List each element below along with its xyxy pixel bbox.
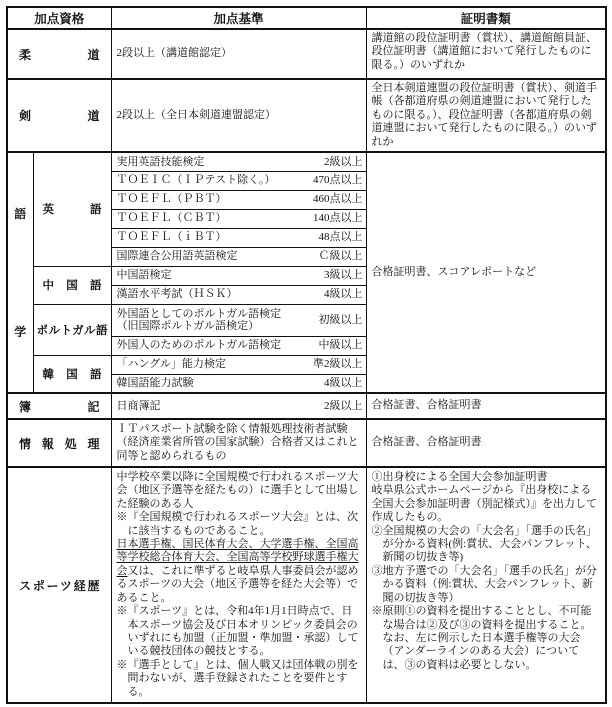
test-level: 470点以上 xyxy=(309,174,363,187)
sports-doc-item2: ②全国規模の大会の「大会名」「選手の氏名」が分かる資料(例:賞状、大会パンフレッ… xyxy=(372,525,602,565)
it-criteria-cell: ＩＴパスポート試験を除く情報処理技術者試験（経済産業省所管の国家試験）合格者又は… xyxy=(111,419,366,467)
test-name: 韓国語能力試験 xyxy=(117,377,194,390)
test-name: ＴＯＥＦＬ（ｉＢＴ） xyxy=(117,231,227,244)
bookkeeping-label-cell: 簿記 xyxy=(7,393,111,419)
test-cell: ＴＯＥＦＬ（ＰＢＴ）460点以上 xyxy=(111,190,366,209)
language-documents: 合格証明書、スコアレポートなど xyxy=(367,264,606,281)
qualification-table: 加点資格 加点基準 証明書類 柔道 2段以上（講道館認定） 講道館の段位証明書（… xyxy=(6,6,607,704)
korean-label-cell: 韓国語 xyxy=(33,355,111,393)
english-label: 英語 xyxy=(34,201,111,217)
test-cell: 外国人のためのポルトガル語検定中級以上 xyxy=(111,336,366,355)
test-level: 4級以上 xyxy=(320,288,363,301)
bookkeeping-documents: 合格証書、合格証明書 xyxy=(367,397,606,414)
test-cell: 実用英語技能検定2級以上 xyxy=(111,152,366,171)
sports-criteria-intro: 中学校卒業以降に全国規模で行われるスポーツ大会（地区予選等を経たもの）に選手とし… xyxy=(117,471,362,511)
portuguese-label: ポルトガル語 xyxy=(34,322,111,338)
test-name: 国際連合公用語英語検定 xyxy=(117,250,238,263)
kendo-label-cell: 剣道 xyxy=(7,79,111,152)
kendo-documents: 全日本剣道連盟の段位証明書（賞状）、剣道手帳（各都道府県の剣道連盟において発行し… xyxy=(367,80,606,151)
it-documents: 合格証書、合格証明書 xyxy=(367,434,606,451)
test-name: ＴＯＥＦＬ（ＣＢＴ） xyxy=(117,212,227,225)
test-name: 中国語検定 xyxy=(117,269,172,282)
test-level: 2級以上 xyxy=(320,400,363,413)
judo-label-cell: 柔道 xyxy=(7,29,111,79)
judo-criteria: 2段以上（講道館認定） xyxy=(112,45,366,62)
judo-label: 柔道 xyxy=(8,46,111,63)
judo-criteria-cell: 2段以上（講道館認定） xyxy=(111,29,366,79)
chinese-label: 中国語 xyxy=(34,277,111,293)
test-name: 外国語としてのポルトガル語検定 （旧国際ポルトガル語検定） xyxy=(117,308,282,333)
bookkeeping-criteria-cell: 日商簿記2級以上 xyxy=(111,393,366,419)
english-label-cell: 英語 xyxy=(33,152,111,266)
sports-doc-item3: ③地方予選での「大会名」「選手の氏名」が分かる資料（例:賞状、大会パンフレット、… xyxy=(372,565,602,605)
table-header-row: 加点資格 加点基準 証明書類 xyxy=(7,7,606,29)
table-row: 剣道 2段以上（全日本剣道連盟認定） 全日本剣道連盟の段位証明書（賞状）、剣道手… xyxy=(7,79,606,152)
it-criteria: ＩＴパスポート試験を除く情報処理技術者試験（経済産業省所管の国家試験）合格者又は… xyxy=(112,421,366,465)
test-level: 460点以上 xyxy=(309,193,363,206)
sports-doc-item1: ①出身校による全国大会参加証明書 xyxy=(372,471,602,484)
sports-criteria-note1: ※『全国規模で行われるスポーツ大会』とは、次に該当するものであること。 xyxy=(117,511,362,538)
test-name: 外国人のためのポルトガル語検定 xyxy=(117,339,282,352)
test-cell: ＴＯＥＦＬ（ｉＢＴ）48点以上 xyxy=(111,228,366,247)
test-level: 中級以上 xyxy=(315,339,363,352)
test-level: 140点以上 xyxy=(309,212,363,225)
test-level: 初級以上 xyxy=(315,314,363,327)
kendo-label: 剣道 xyxy=(8,107,111,124)
test-cell: ＴＯＥＩＣ（ＩＰテスト除く。）470点以上 xyxy=(111,171,366,190)
sports-label-cell: スポーツ経歴 xyxy=(7,467,111,703)
language-section-label-cell: 語 学 xyxy=(7,152,33,393)
test-name: ＴＯＥＦＬ（ＰＢＴ） xyxy=(117,193,227,206)
it-label-cell: 情報処理 xyxy=(7,419,111,467)
test-cell: ＴＯＥＦＬ（ＣＢＴ）140点以上 xyxy=(111,209,366,228)
tournaments-rest: 又は、これに準ずると岐阜県人事委員会が認めるスポーツの大会（地区予選等を経た大会… xyxy=(117,565,359,604)
sports-doc-note: ※原則①の資料を提出することとし、不可能な場合は②及び③の資料を提出すること。な… xyxy=(372,605,602,672)
document-page: 加点資格 加点基準 証明書類 柔道 2段以上（講道館認定） 講道館の段位証明書（… xyxy=(0,0,612,707)
kendo-documents-cell: 全日本剣道連盟の段位証明書（賞状）、剣道手帳（各都道府県の剣道連盟において発行し… xyxy=(366,79,606,152)
test-level: 2級以上 xyxy=(320,156,363,169)
table-row: 柔道 2段以上（講道館認定） 講道館の段位証明書（賞状）、講道館館員証、段位証明… xyxy=(7,29,606,79)
test-cell: 国際連合公用語英語検定Ｃ級以上 xyxy=(111,247,366,266)
it-documents-cell: 合格証書、合格証明書 xyxy=(366,419,606,467)
test-cell: 漢語水平考試（ＨＳＫ）4級以上 xyxy=(111,285,366,304)
sports-doc-item1-detail: 岐阜県公式ホームページから『出身校による全国大会参加証明書（別記様式）』を出力し… xyxy=(372,484,602,524)
chinese-label-cell: 中国語 xyxy=(33,266,111,304)
test-cell: 韓国語能力試験4級以上 xyxy=(111,374,366,393)
sports-documents-cell: ①出身校による全国大会参加証明書 岐阜県公式ホームページから『出身校による全国大… xyxy=(366,467,606,703)
test-level: 4級以上 xyxy=(320,377,363,390)
sports-criteria-cell: 中学校卒業以降に全国規模で行われるスポーツ大会（地区予選等を経たもの）に選手とし… xyxy=(111,467,366,703)
test-level: 3級以上 xyxy=(320,269,363,282)
table-row: スポーツ経歴 中学校卒業以降に全国規模で行われるスポーツ大会（地区予選等を経たも… xyxy=(7,467,606,703)
bookkeeping-documents-cell: 合格証書、合格証明書 xyxy=(366,393,606,419)
language-documents-cell: 合格証明書、スコアレポートなど xyxy=(366,152,606,393)
test-name: 実用英語技能検定 xyxy=(117,156,205,169)
test-name: 漢語水平考試（ＨＳＫ） xyxy=(117,288,238,301)
header-criteria: 加点基準 xyxy=(111,7,366,29)
portuguese-label-cell: ポルトガル語 xyxy=(33,304,111,355)
header-documents: 証明書類 xyxy=(366,7,606,29)
sports-criteria: 中学校卒業以降に全国規模で行われるスポーツ大会（地区予選等を経たもの）に選手とし… xyxy=(112,468,366,701)
test-level: 48点以上 xyxy=(315,231,363,244)
language-section-label: 語 学 xyxy=(8,155,33,391)
test-cell: 「ハングル」能力検定準2級以上 xyxy=(111,355,366,374)
sports-documents: ①出身校による全国大会参加証明書 岐阜県公式ホームページから『出身校による全国大… xyxy=(367,468,606,674)
judo-documents: 講道館の段位証明書（賞状）、講道館館員証、段位証明書（講道館において発行したもの… xyxy=(367,30,606,74)
bookkeeping-label: 簿記 xyxy=(8,398,111,415)
test-level: 準2級以上 xyxy=(309,358,363,371)
test-name: ＴＯＥＩＣ（ＩＰテスト除く。） xyxy=(117,174,276,187)
table-row: 情報処理 ＩＴパスポート試験を除く情報処理技術者試験（経済産業省所管の国家試験）… xyxy=(7,419,606,467)
test-cell: 外国語としてのポルトガル語検定 （旧国際ポルトガル語検定）初級以上 xyxy=(111,304,366,336)
test-level: Ｃ級以上 xyxy=(315,250,363,263)
test-name: 「ハングル」能力検定 xyxy=(117,358,226,371)
korean-label: 韓国語 xyxy=(34,366,111,382)
kendo-criteria: 2段以上（全日本剣道連盟認定） xyxy=(112,107,366,124)
kendo-criteria-cell: 2段以上（全日本剣道連盟認定） xyxy=(111,79,366,152)
sports-label: スポーツ経歴 xyxy=(8,577,111,594)
sports-criteria-note2: ※『スポーツ』とは、令和4年1月1日時点で、日本スポーツ協会及び日本オリンピック… xyxy=(117,605,362,659)
sports-criteria-tournaments: 日本選手権、国民体育大会、大学選手権、全国高等学校総合体育大会、全国高等学校野球… xyxy=(117,538,362,605)
it-label: 情報処理 xyxy=(8,435,111,452)
table-row: 語 学 英語 実用英語技能検定2級以上 合格証明書、スコアレポートなど xyxy=(7,152,606,171)
test-name: 日商簿記 xyxy=(117,400,161,413)
table-row: 簿記 日商簿記2級以上 合格証書、合格証明書 xyxy=(7,393,606,419)
judo-documents-cell: 講道館の段位証明書（賞状）、講道館館員証、段位証明書（講道館において発行したもの… xyxy=(366,29,606,79)
sports-criteria-note3: ※『選手として』とは、個人戦又は団体戦の別を問わないが、選手登録されたことを要件… xyxy=(117,659,362,699)
header-qualification: 加点資格 xyxy=(7,7,111,29)
test-cell: 中国語検定3級以上 xyxy=(111,266,366,285)
